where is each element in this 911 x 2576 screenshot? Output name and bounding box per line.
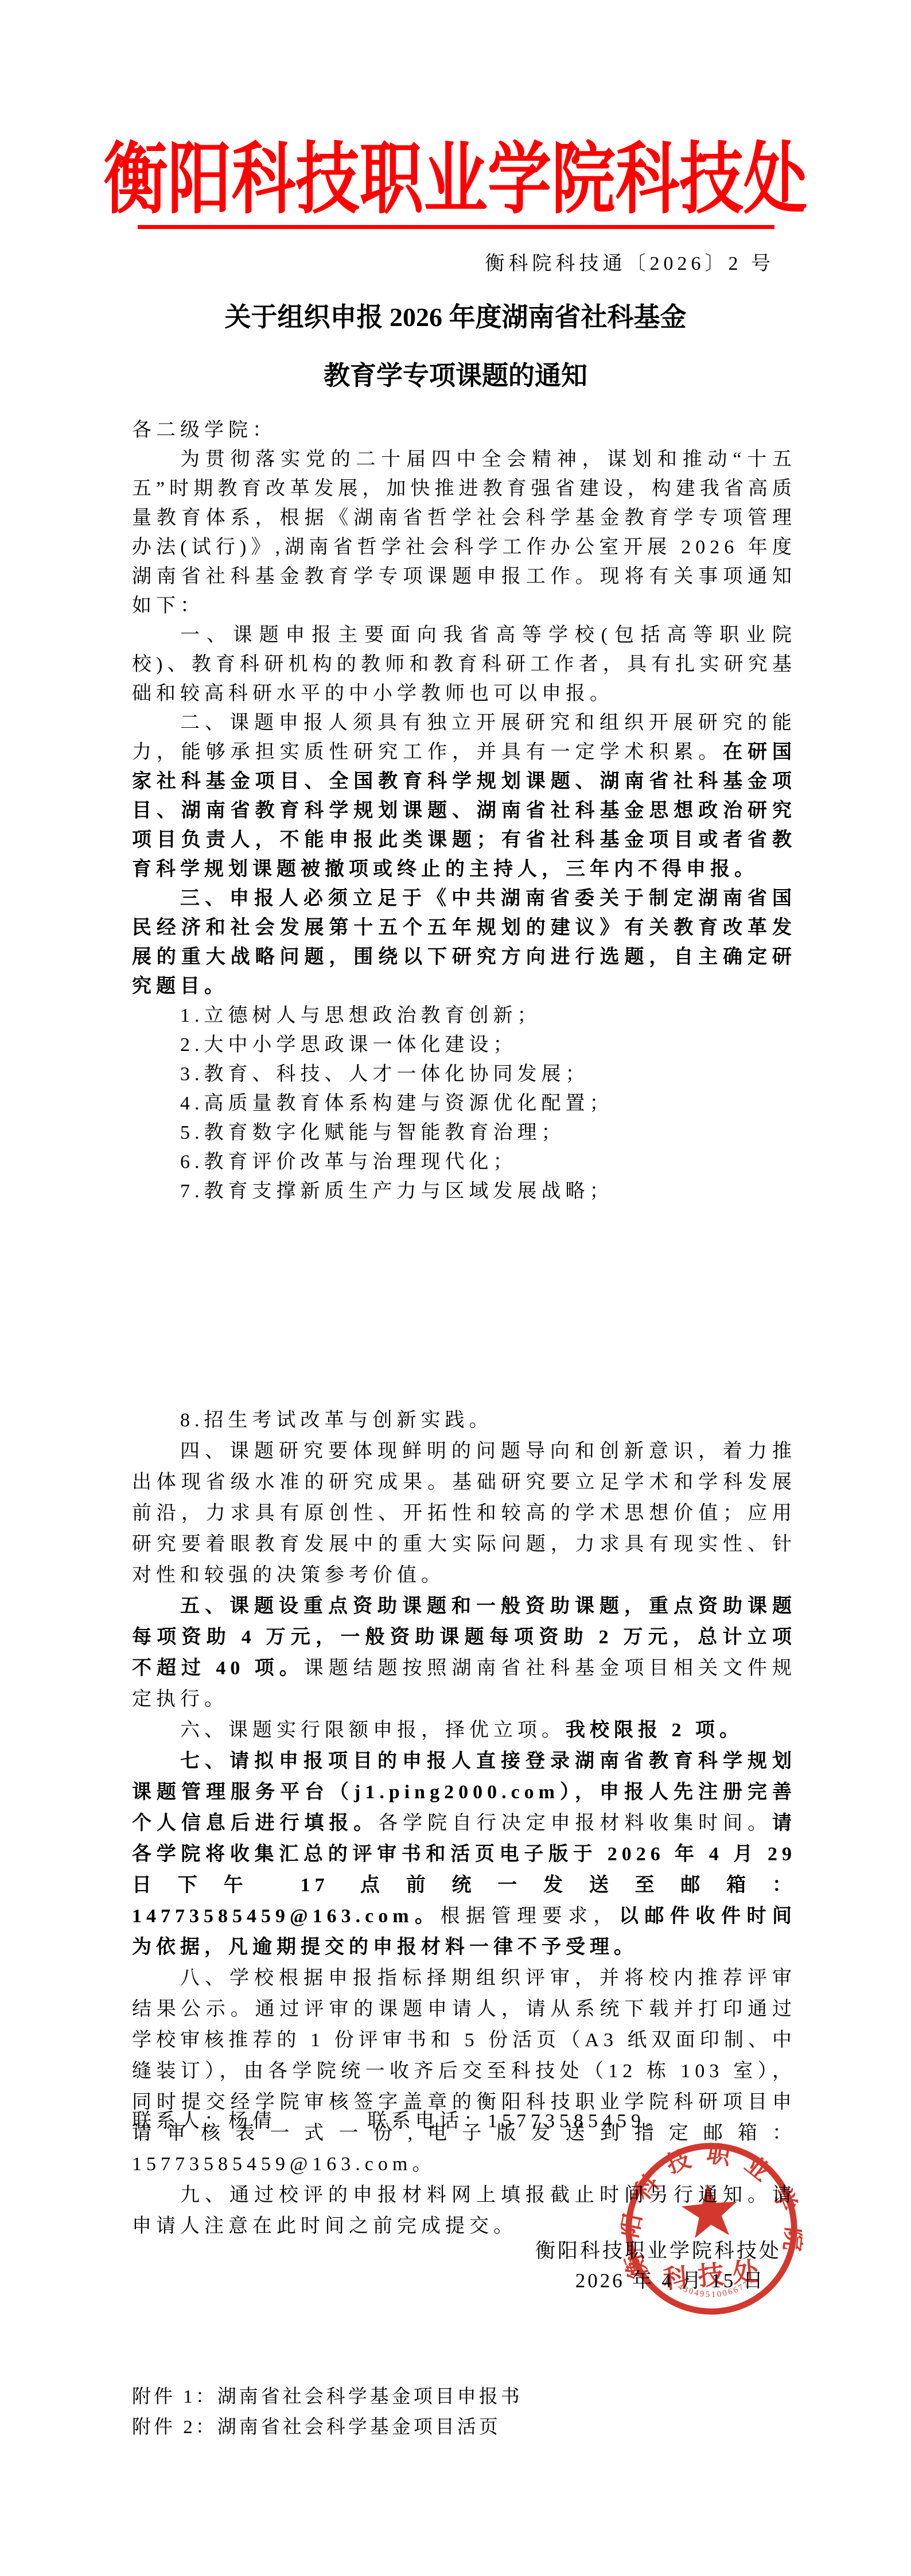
text-run: 一、课题申报主要面向我省高等学校(包括高等职业院校)、教育科研机构的教师和教育科… <box>132 624 796 704</box>
body-section-page1: 各二级学院：为贯彻落实党的二十届四中全会精神，谋划和推动“十五五”时期教育改革发… <box>132 416 796 1206</box>
text-run: 六、课题实行限额申报，择优立项。 <box>180 1720 566 1741</box>
text-run: 根据管理要求， <box>441 1906 619 1927</box>
text-run: 1.立德树人与思想政治教育创新； <box>180 1005 542 1026</box>
doc-title: 关于组织申报 2026 年度湖南省社科基金 教育学专项课题的通知 <box>0 288 911 405</box>
text-run: 4.高质量教育体系构建与资源优化配置； <box>180 1093 614 1114</box>
body-paragraph: 4.高质量教育体系构建与资源优化配置； <box>132 1089 796 1118</box>
text-run: 5.教育数字化赋能与智能教育治理； <box>180 1122 566 1143</box>
body-paragraph: 四、课题研究要体现鲜明的问题导向和创新意识，着力推出体现省级水准的研究成果。基础… <box>132 1436 796 1591</box>
attachment-item: 附件 1：湖南省社会科学基金项目申报书 <box>132 2382 796 2412</box>
body-paragraph: 8.招生考试改革与创新实践。 <box>132 1405 796 1436</box>
body-paragraph: 为贯彻落实党的二十届四中全会精神，谋划和推动“十五五”时期教育改革发展，加快推进… <box>132 445 796 620</box>
body-paragraph: 六、课题实行限额申报，择优立项。我校限报 2 项。 <box>132 1715 796 1746</box>
contact-line: 联系人：杨倩联系电话：15773585459。 <box>132 2106 796 2136</box>
body-paragraph: 一、课题申报主要面向我省高等学校(包括高等职业院校)、教育科研机构的教师和教育科… <box>132 620 796 708</box>
seal-star-icon <box>680 2182 740 2239</box>
body-paragraph: 五、课题设重点资助课题和一般资助课题，重点资助课题每项资助 4 万元，一般资助课… <box>132 1591 796 1715</box>
doc-title-line2: 教育学专项课题的通知 <box>0 347 911 405</box>
contact-phone: 联系电话：15773585459。 <box>367 2111 669 2132</box>
body-paragraph: 7.教育支撑新质生产力与区域发展战略； <box>132 1177 796 1206</box>
body-paragraph: 5.教育数字化赋能与智能教育治理； <box>132 1118 796 1147</box>
text-run: 各学院自行决定申报材料收集时间。 <box>378 1813 772 1834</box>
text-run: 3.教育、科技、人才一体化协同发展； <box>180 1064 590 1085</box>
text-run: 四、课题研究要体现鲜明的问题导向和创新意识，着力推出体现省级水准的研究成果。基础… <box>132 1441 796 1586</box>
text-run: 我校限报 2 项。 <box>566 1720 743 1741</box>
official-seal: 衡阳科技职业学院 科技处 43049510066777 <box>614 2131 809 2326</box>
text-run: 2.大中小学思政课一体化建设； <box>180 1034 517 1056</box>
body-paragraph: 2.大中小学思政课一体化建设； <box>132 1030 796 1060</box>
text-run: 7.教育支撑新质生产力与区域发展战略； <box>180 1181 614 1202</box>
red-header-underline <box>138 225 774 229</box>
text-run: 8.招生考试改革与创新实践。 <box>180 1410 493 1431</box>
attachments-list: 附件 1：湖南省社会科学基金项目申报书附件 2：湖南省社会科学基金项目活页 <box>132 2382 796 2443</box>
body-paragraph: 三、申报人必须立足于《中共湖南省委关于制定湖南省国民经济和社会发展第十五个五年规… <box>132 884 796 1001</box>
red-org-header: 衡阳科技职业学院科技处 <box>82 137 829 224</box>
text-run: 三、申报人必须立足于《中共湖南省委关于制定湖南省国民经济和社会发展第十五个五年规… <box>132 888 796 997</box>
body-paragraph: 各二级学院： <box>132 416 796 445</box>
text-run: 各二级学院： <box>132 420 277 441</box>
body-paragraph: 1.立德树人与思想政治教育创新； <box>132 1001 796 1030</box>
body-paragraph: 七、请拟申报项目的申报人直接登录湖南省教育科学规划课题管理服务平台（j1.pin… <box>132 1746 796 1963</box>
body-paragraph: 二、课题申报人须具有独立开展研究和组织开展研究的能力，能够承担实质性研究工作，并… <box>132 708 796 884</box>
text-run: 为贯彻落实党的二十届四中全会精神，谋划和推动“十五五”时期教育改革发展，加快推进… <box>132 449 796 616</box>
doc-number: 衡科院科技通〔2026〕2 号 <box>0 251 911 277</box>
body-paragraph: 6.教育评价改革与治理现代化； <box>132 1147 796 1177</box>
doc-title-line1: 关于组织申报 2026 年度湖南省社科基金 <box>0 288 911 347</box>
text-run: 二、课题申报人须具有独立开展研究和组织开展研究的能力，能够承担实质性研究工作，并… <box>132 712 796 763</box>
attachment-item: 附件 2：湖南省社会科学基金项目活页 <box>132 2412 796 2443</box>
contact-person: 联系人：杨倩 <box>132 2111 277 2132</box>
text-run: 6.教育评价改革与治理现代化； <box>180 1151 517 1173</box>
notice-document-page: 衡阳科技职业学院科技处 衡科院科技通〔2026〕2 号 关于组织申报 2026 … <box>0 0 911 2576</box>
body-paragraph: 3.教育、科技、人才一体化协同发展； <box>132 1060 796 1089</box>
